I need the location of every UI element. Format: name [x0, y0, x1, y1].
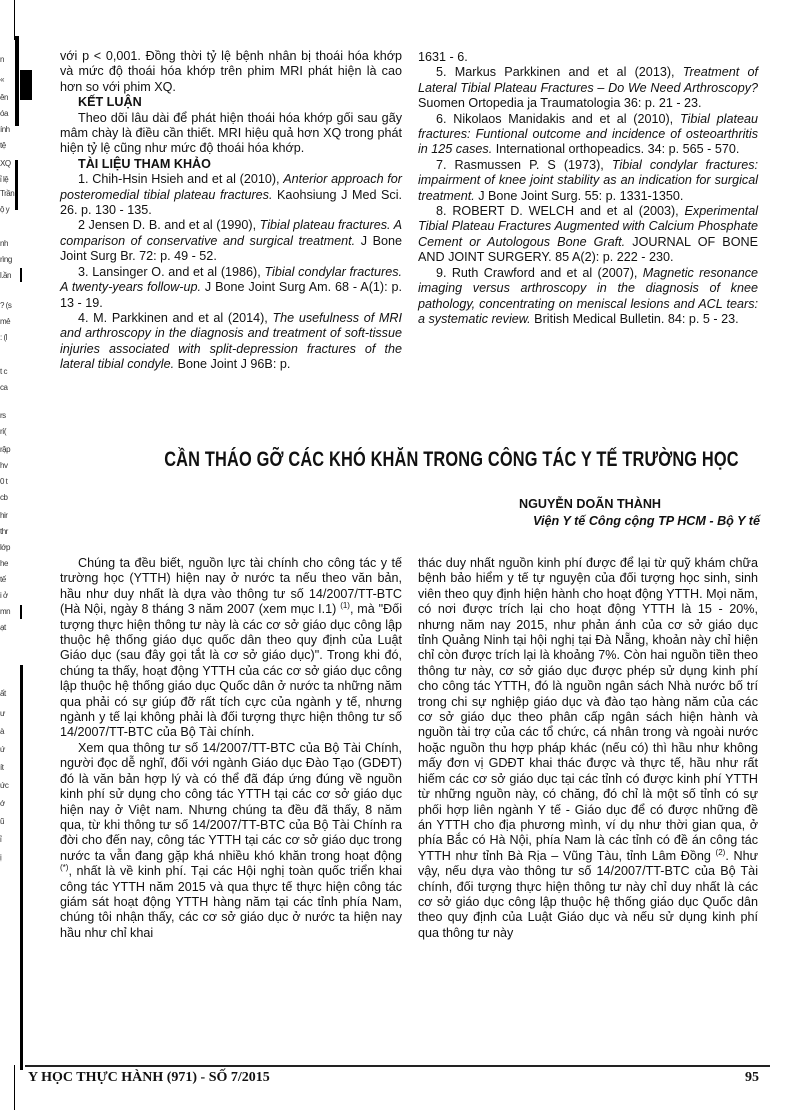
- edge-fragment: ạt: [0, 624, 6, 632]
- edge-fragment: ư: [0, 710, 5, 718]
- reference-source: International orthopeadics. 34: p. 565 -…: [492, 142, 739, 156]
- reference-item: 7. Rasmussen P. S (1973), Tibial condyla…: [418, 158, 758, 204]
- edge-fragment: rập: [0, 446, 10, 454]
- edge-fragment: XQ: [0, 160, 11, 168]
- scan-edge-bar: [15, 160, 18, 210]
- edge-fragment: ứ: [0, 746, 5, 754]
- scan-edge-mark: [20, 268, 22, 282]
- body-text: , nhất là về kinh phí. Tại các Hội nghị …: [60, 864, 402, 940]
- edge-fragment: ức: [0, 782, 8, 790]
- edge-fragment: rs: [0, 412, 6, 420]
- scan-edge-mark: [20, 605, 22, 619]
- edge-fragment: ỉ: [0, 836, 1, 844]
- edge-fragment: mn: [0, 608, 10, 616]
- author-affiliation: Viện Y tế Công cộng TP HCM - Bộ Y tế: [420, 514, 760, 528]
- reference-item: 2 Jensen D. B. and et al (1990), Tibial …: [60, 218, 402, 264]
- edge-fragment: : (l: [0, 334, 7, 342]
- edge-fragment: thr: [0, 528, 8, 536]
- edge-fragment: ỉ lệ: [0, 176, 8, 184]
- reference-item: 8. ROBERT D. WELCH and et al (2003), Exp…: [418, 204, 758, 266]
- scan-edge-line: [14, 0, 15, 40]
- body-paragraph: thác duy nhất nguồn kinh phí được để lại…: [418, 556, 758, 941]
- edge-fragment: ộ y: [0, 206, 9, 214]
- footer-divider: [25, 1065, 770, 1067]
- edge-fragment: mẻ: [0, 318, 10, 326]
- reference-source: J Bone Joint Surg. 55: p. 1331-1350.: [475, 189, 684, 203]
- edge-fragment: tệ: [0, 142, 6, 150]
- scan-edge-bar: [20, 665, 23, 1070]
- edge-fragment: 0 t: [0, 478, 7, 486]
- conclusion-heading: KẾT LUẬN: [60, 95, 402, 110]
- edge-fragment: lớp: [0, 544, 10, 552]
- reference-authors: 4. M. Parkkinen and et al (2014),: [78, 311, 272, 325]
- body-paragraph: Xem qua thông tư số 14/2007/TT-BTC của B…: [60, 741, 402, 941]
- reference-source: British Medical Bulletin. 84: p. 5 - 23.: [531, 312, 739, 326]
- reference-authors: 7. Rasmussen P. S (1973),: [436, 158, 612, 172]
- edge-fragment: cb: [0, 494, 7, 502]
- reference-authors: 8. ROBERT D. WELCH and et al (2003),: [436, 204, 685, 218]
- edge-fragment: nh: [0, 240, 8, 248]
- edge-fragment: he: [0, 560, 8, 568]
- article-title: CẦN THÁO GỠ CÁC KHÓ KHĂN TRONG CÔNG TÁC …: [164, 448, 648, 472]
- reference-item: 9. Ruth Crawford and et al (2007), Magne…: [418, 266, 758, 328]
- author-block: NGUYỄN DOÃN THÀNH Viện Y tế Công cộng TP…: [420, 497, 760, 528]
- edge-fragment: ? (s: [0, 302, 11, 310]
- edge-fragment: ớ: [0, 800, 5, 808]
- previous-article-left-column: với p < 0,001. Đồng thời tỷ lệ bệnh nhân…: [60, 49, 402, 373]
- reference-continuation: 1631 - 6.: [418, 50, 758, 65]
- edge-fragment: ca: [0, 384, 7, 392]
- edge-fragment: hv: [0, 462, 7, 470]
- edge-fragment: óa: [0, 110, 8, 118]
- reference-authors: 2 Jensen D. B. and et al (1990),: [78, 218, 260, 232]
- scan-edge-line: [14, 1065, 15, 1110]
- edge-fragment: ính: [0, 126, 10, 134]
- edge-fragment: ũ: [0, 818, 4, 826]
- edge-fragment: ị: [0, 854, 1, 862]
- footer-journal-name: Y HỌC THỰC HÀNH (971) - SỐ 7/2015: [28, 1070, 270, 1086]
- edge-fragment: ên: [0, 94, 8, 102]
- reference-item: 5. Markus Parkkinen and et al (2013), Tr…: [418, 65, 758, 111]
- conclusion-paragraph: Theo dõi lâu dài để phát hiện thoái hóa …: [60, 111, 402, 157]
- previous-article-right-column: 1631 - 6. 5. Markus Parkkinen and et al …: [418, 50, 758, 327]
- edge-fragment: ất: [0, 690, 6, 698]
- body-paragraph: Chúng ta đều biết, nguồn lực tài chính c…: [60, 556, 402, 741]
- edge-fragment: hir: [0, 512, 7, 520]
- body-text: Xem qua thông tư số 14/2007/TT-BTC của B…: [60, 741, 402, 863]
- reference-source: Bone Joint J 96B: p.: [174, 357, 290, 371]
- edge-fragment: l.ần: [0, 272, 11, 280]
- reference-item: 4. M. Parkkinen and et al (2014), The us…: [60, 311, 402, 373]
- body-text: thác duy nhất nguồn kinh phí được để lại…: [418, 556, 758, 863]
- edge-fragment: n: [0, 56, 4, 64]
- reference-item: 6. Nikolaos Manidakis and et al (2010), …: [418, 112, 758, 158]
- edge-fragment: à: [0, 728, 4, 736]
- edge-fragment: rí(: [0, 428, 6, 436]
- article-body-right-column: thác duy nhất nguồn kinh phí được để lại…: [418, 556, 758, 941]
- reference-authors: 5. Markus Parkkinen and et al (2013),: [436, 65, 683, 79]
- scan-edge-blob: [20, 70, 32, 100]
- reference-source: Suomen Ortopedia ja Traumatologia 36: p.…: [418, 96, 702, 110]
- edge-fragment: t c: [0, 368, 7, 376]
- article-body-left-column: Chúng ta đều biết, nguồn lực tài chính c…: [60, 556, 402, 941]
- edge-fragment: «: [0, 76, 4, 84]
- reference-authors: 9. Ruth Crawford and et al (2007),: [436, 266, 643, 280]
- reference-authors: 6. Nikolaos Manidakis and et al (2010),: [436, 112, 680, 126]
- edge-fragment: tế: [0, 576, 6, 584]
- reference-authors: 3. Lansinger O. and et al (1986),: [78, 265, 264, 279]
- citation-marker: (2): [716, 848, 726, 857]
- body-text: , mà "Đối tượng thực hiện thông tư này l…: [60, 602, 402, 739]
- citation-marker: (1): [340, 601, 350, 610]
- edge-fragment: ít: [0, 764, 3, 772]
- results-carryover-paragraph: với p < 0,001. Đồng thời tỷ lệ bệnh nhân…: [60, 49, 402, 95]
- reference-authors: 1. Chih-Hsin Hsieh and et al (2010),: [78, 172, 283, 186]
- edge-fragment: rìng: [0, 256, 12, 264]
- references-heading: TÀI LIỆU THAM KHẢO: [60, 157, 402, 172]
- author-name: NGUYỄN DOÃN THÀNH: [420, 497, 760, 511]
- edge-fragment: Trần: [0, 190, 14, 198]
- scan-edge-bar: [15, 36, 19, 126]
- scan-edge-artifacts: n « ên óa ính tệ XQ ỉ lệ Trần ộ y nh rìn…: [0, 0, 40, 1117]
- edge-fragment: i ở: [0, 592, 8, 600]
- reference-item: 1. Chih-Hsin Hsieh and et al (2010), Ant…: [60, 172, 402, 218]
- reference-item: 3. Lansinger O. and et al (1986), Tibial…: [60, 265, 402, 311]
- page-number: 95: [745, 1070, 759, 1086]
